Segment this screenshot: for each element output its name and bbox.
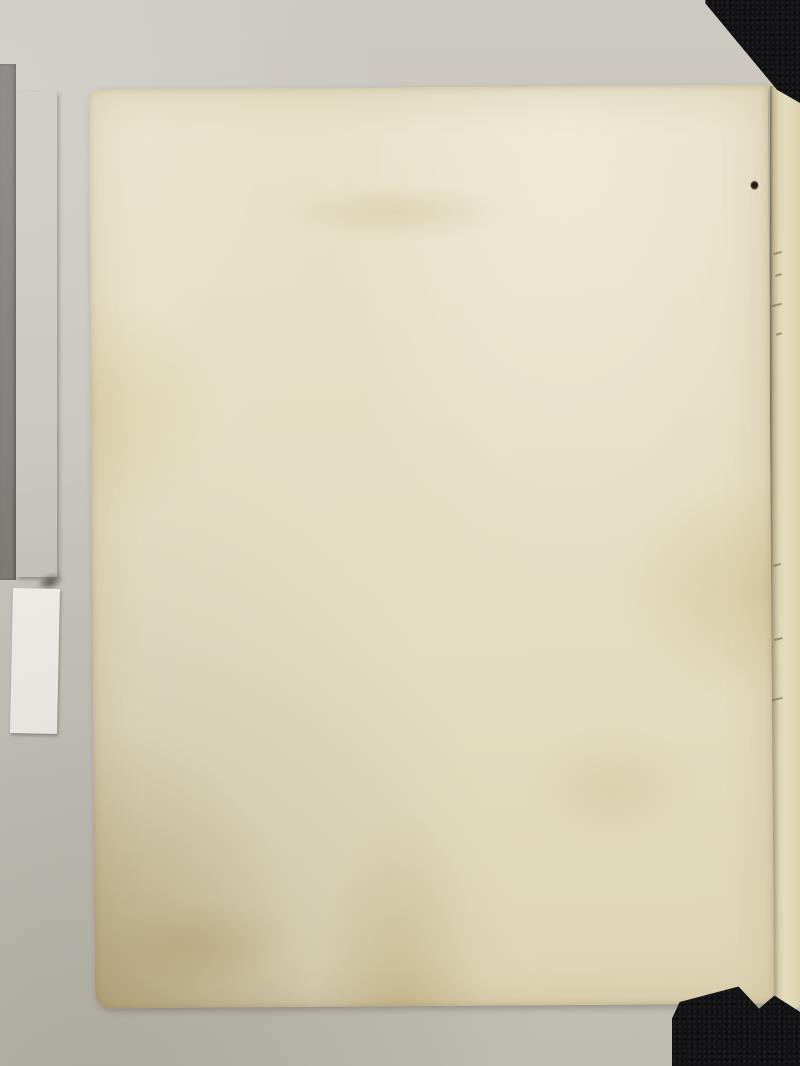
parchment-stain (279, 181, 509, 243)
manuscript-page (89, 85, 774, 1009)
ruler (0, 64, 16, 580)
next-folio-edge (770, 86, 800, 1010)
parchment-stain (104, 898, 295, 989)
main-text-block (358, 245, 764, 248)
ink-blot (750, 181, 758, 190)
left-scholia (183, 246, 389, 247)
parchment-stain (523, 725, 704, 846)
label-strip (10, 588, 60, 738)
photograph-of-manuscript (0, 0, 800, 1066)
color-calibration-bar (16, 92, 57, 577)
folio-label (10, 588, 60, 734)
top-scholia (172, 118, 750, 122)
